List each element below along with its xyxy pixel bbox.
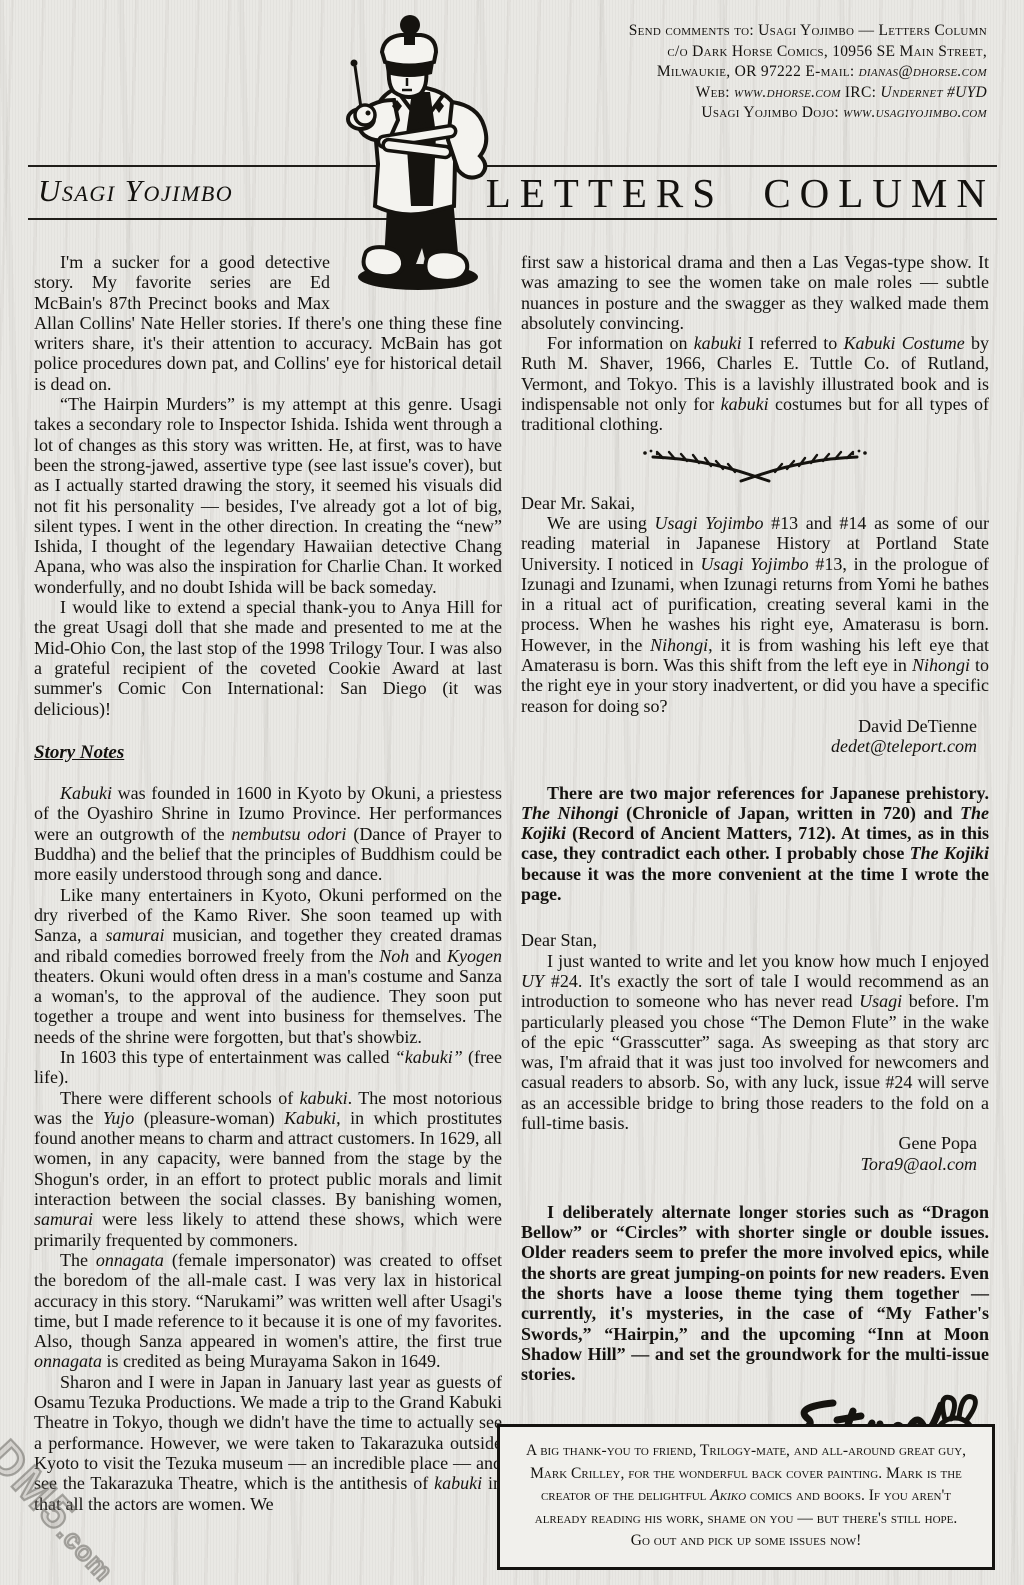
inspector-ishida-illustration: [330, 12, 512, 304]
letter-signer: Gene Popa: [521, 1133, 989, 1153]
paragraph: I just wanted to write and let you know …: [521, 951, 989, 1134]
paragraph: Kabuki was founded in 1600 in Kyoto by O…: [34, 783, 502, 884]
letter-signer-email: dedet@teleport.com: [521, 736, 989, 756]
paragraph: We are using Usagi Yojimbo #13 and #14 a…: [521, 513, 989, 716]
mailing-address-block: Send comments to: Usagi Yojimbo — Letter…: [629, 21, 987, 124]
paragraph: first saw a historical drama and then a …: [521, 252, 989, 333]
letter-body: I just wanted to write and let you know …: [521, 951, 989, 1134]
continuation-text: first saw a historical drama and then a …: [521, 252, 989, 435]
story-notes-body: Kabuki was founded in 1600 in Kyoto by O…: [34, 783, 502, 1514]
paragraph: I would like to extend a special thank-y…: [34, 597, 502, 719]
masthead-bottom-rule: [28, 218, 997, 220]
letter-salutation: Dear Stan,: [521, 930, 989, 950]
letter-sakai: Dear Mr. Sakai, We are using Usagi Yojim…: [521, 493, 989, 757]
editor-reply: There are two major references for Japan…: [521, 783, 989, 905]
paragraph: “The Hairpin Murders” is my attempt at t…: [34, 394, 502, 597]
page-title: LETTERS COLUMN: [486, 169, 995, 217]
series-title: Usagi Yojimbo: [38, 173, 233, 209]
paragraph: There were different schools of kabuki. …: [34, 1088, 502, 1250]
paragraph: In 1603 this type of entertainment was c…: [34, 1047, 502, 1088]
mark-crilley-thanks-box: A big thank-you to friend, Trilogy-mate,…: [497, 1424, 995, 1570]
right-text-column: first saw a historical drama and then a …: [521, 252, 989, 1461]
address-line: Usagi Yojimbo Dojo: www.usagiyojimbo.com: [629, 103, 987, 124]
paragraph: Like many entertainers in Kyoto, Okuni p…: [34, 885, 502, 1047]
address-line: c/o Dark Horse Comics, 10956 SE Main Str…: [629, 42, 987, 63]
address-line: Send comments to: Usagi Yojimbo — Letter…: [629, 21, 987, 42]
address-line: Milwaukie, OR 97222 E-mail: dianas@dhors…: [629, 62, 987, 83]
letter-signer: David DeTienne: [521, 716, 989, 736]
story-notes-heading: Story Notes: [34, 743, 502, 763]
address-line: Web: www.dhorse.com IRC: Undernet #UYD: [629, 83, 987, 104]
paragraph: Sharon and I were in Japan in January la…: [34, 1372, 502, 1514]
letter-signer-email: Tora9@aol.com: [521, 1154, 989, 1174]
laurel-divider-icon: [639, 447, 871, 485]
editor-intro: I'm a sucker for a good detective story.…: [34, 252, 502, 719]
paragraph: There are two major references for Japan…: [521, 783, 989, 905]
paragraph: I deliberately alternate longer stories …: [521, 1202, 989, 1385]
masthead-top-rule: [28, 165, 997, 167]
letter-salutation: Dear Mr. Sakai,: [521, 493, 989, 513]
paragraph: The onnagata (female impersonator) was c…: [34, 1250, 502, 1372]
letter-stan: Dear Stan, I just wanted to write and le…: [521, 930, 989, 1174]
paragraph: For information on kabuki I referred to …: [521, 333, 989, 434]
editor-reply: I deliberately alternate longer stories …: [521, 1202, 989, 1385]
left-text-column: I'm a sucker for a good detective story.…: [34, 252, 502, 1514]
letter-body: We are using Usagi Yojimbo #13 and #14 a…: [521, 513, 989, 716]
